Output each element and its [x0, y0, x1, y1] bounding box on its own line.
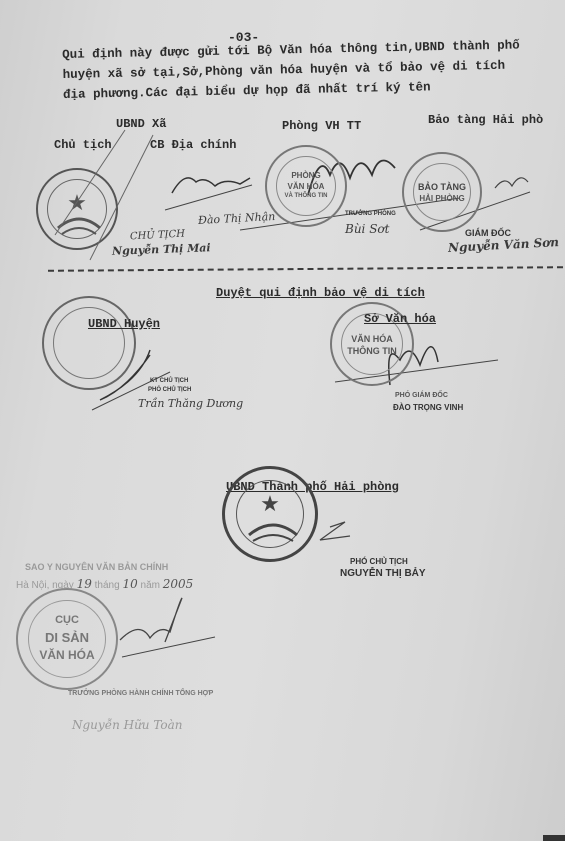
bao-tang-header: Bảo tàng Hải phò: [428, 113, 543, 127]
cuc-di-san-seal: CỤC DI SẢN VĂN HÓA: [16, 588, 118, 690]
emblem-gear-icon: [38, 170, 120, 252]
ubnd-xa-cadastral-title: CB Địa chính: [150, 138, 236, 152]
ubnd-xa-chairman-name: Nguyễn Thị Mai: [112, 241, 211, 257]
intro-paragraph: Qui định này được gửi tới Bộ Văn hóa thô…: [62, 35, 533, 105]
certified-copy-header: SAO Y NGUYÊN VĂN BẢN CHÍNH: [25, 562, 168, 572]
phong-vhtt-signer-title: TRƯỞNG PHÒNG: [345, 211, 396, 217]
certified-copy-signer-name: Nguyễn Hữu Toàn: [72, 718, 183, 732]
ubnd-huyen-header: UBND Huyện: [88, 317, 160, 331]
ubnd-thanh-pho-signer-name: NGUYỄN THỊ BẢY: [340, 568, 426, 579]
page-edge-shadow: [543, 835, 565, 841]
phong-vhtt-seal: PHÒNG VĂN HÓA VÀ THÔNG TIN: [265, 145, 347, 227]
section-divider: [48, 266, 563, 272]
ubnd-thanh-pho-signer-title: PHÓ CHỦ TỊCH: [350, 557, 408, 566]
bao-tang-signer-name: Nguyễn Văn Sơn: [448, 235, 560, 255]
emblem-gear-icon: [225, 469, 321, 565]
ubnd-huyen-signer-line1: KT CHỦ TỊCH: [150, 378, 188, 384]
phong-vhtt-header: Phòng VH TT: [282, 119, 361, 133]
ubnd-huyen-seal: [42, 296, 136, 390]
phong-vhtt-signer-name: Bùi Sơt: [345, 222, 389, 236]
certified-copy-date: Hà Nội, ngày 19 tháng 10 năm 2005: [16, 577, 193, 591]
ubnd-huyen-signer-line2: PHÓ CHỦ TỊCH: [148, 387, 191, 393]
so-van-hoa-signer-name: ĐÀO TRỌNG VINH: [393, 403, 463, 412]
date-year: 2005: [163, 577, 194, 591]
ubnd-thanh-pho-seal: ★: [222, 466, 318, 562]
ubnd-xa-cadastral-name: Đào Thị Nhận: [198, 210, 276, 227]
approval-title: Duyệt qui định bảo vệ di tích: [216, 286, 425, 300]
bao-tang-seal: BẢO TÀNG HẢI PHÒNG: [402, 152, 482, 232]
so-van-hoa-signer-title: PHÓ GIÁM ĐỐC: [395, 392, 448, 399]
ubnd-huyen-signer-name: Trần Thăng Dương: [138, 397, 243, 410]
date-month: 10: [122, 577, 137, 591]
so-van-hoa-header: Sở Văn hóa: [364, 312, 436, 326]
ubnd-xa-chairman-title: Chủ tịch: [54, 138, 112, 152]
ubnd-xa-header: UBND Xã: [116, 117, 166, 131]
bao-tang-signer-title: GIÁM ĐỐC: [465, 228, 511, 238]
ubnd-xa-seal: ★: [36, 168, 118, 250]
ubnd-xa-chairman-signer-title: CHỦ TỊCH: [130, 229, 185, 243]
certified-copy-signer-title: TRƯỞNG PHÒNG HÀNH CHÍNH TỔNG HỢP: [68, 690, 213, 697]
